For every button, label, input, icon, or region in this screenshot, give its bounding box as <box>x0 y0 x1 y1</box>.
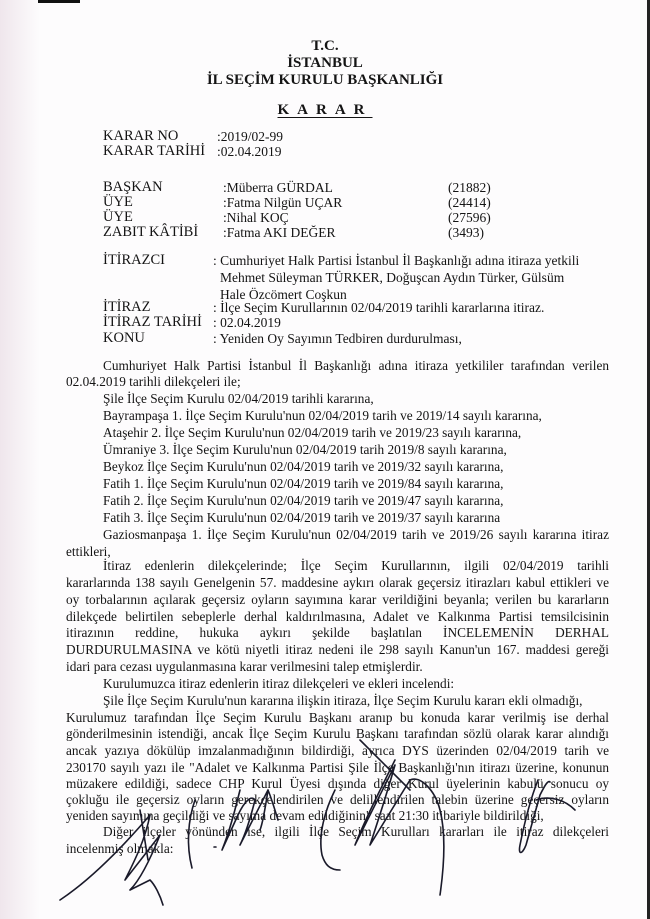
body-line: yeniden sayımına geçildiği ve sayıma dev… <box>66 808 544 823</box>
committee-name: :Nihal KOÇ <box>223 210 289 225</box>
document-title-text: KARAR <box>278 102 373 118</box>
body-line: DURDURULMASINA ve kötü niyetli itiraz ne… <box>66 642 609 657</box>
header-institution: İL SEÇİM KURULU BAŞKANLIĞI <box>0 72 650 89</box>
itiraz-tarihi-label: İTİRAZ TARİHİ <box>103 315 202 330</box>
karar-no-value: :2019/02-99 <box>217 129 283 144</box>
itirazci-value: : Cumhuriyet Halk Partisi İstanbul İl Ba… <box>213 253 579 268</box>
body-line: incelenmiş olmakla: <box>66 841 173 856</box>
body-line: Bayrampaşa 1. İlçe Seçim Kurulu'nun 02/0… <box>103 408 542 423</box>
itirazci-value: Mehmet Süleyman TÜRKER, Doğuşcan Aydın T… <box>220 270 564 285</box>
body-line: Şile İlçe Seçim Kurulu 02/04/2019 tarihl… <box>103 391 374 406</box>
itiraz-value: : İlçe Seçim Kurullarının 02/04/2019 tar… <box>213 300 544 315</box>
committee-role: ÜYE <box>103 210 133 225</box>
body-line: kararlarında 138 sayılı Genelgenin 57. m… <box>66 575 609 590</box>
committee-role: BAŞKAN <box>103 180 163 195</box>
committee-number: (27596) <box>448 210 491 225</box>
body-line: gönderilmesinin istendiği, ancak İlçe Se… <box>66 726 609 741</box>
body-line: Diğer ilçeler yönünden ise, ilgili İlçe … <box>103 824 609 839</box>
body-line: çokluğu ile geçersiz oyların gerekçelend… <box>66 792 609 807</box>
body-line: dilekçede belirtilen sebeplerle derhal k… <box>66 609 609 624</box>
body-line: Gaziosmanpaşa 1. İlçe Seçim Kurulu'nun 0… <box>103 527 609 542</box>
body-line: Beykoz İlçe Seçim Kurulu'nun 02/04/2019 … <box>103 459 503 474</box>
body-line: Ümraniye 3. İlçe Seçim Kurulu'nun 02/04/… <box>103 442 507 457</box>
page-edge-shadow <box>0 0 40 919</box>
body-line: oy torbalarının açılarak geçersiz oyları… <box>66 592 609 607</box>
document-title: KARAR <box>0 102 650 119</box>
body-line: Şile İlçe Seçim Kurulu'nun kararına iliş… <box>103 693 582 708</box>
committee-name: :Fatma Nilgün UÇAR <box>223 195 342 210</box>
body-line: Cumhuriyet Halk Partisi İstanbul İl Başk… <box>103 358 609 373</box>
committee-number: (24414) <box>448 195 491 210</box>
committee-number: (21882) <box>448 180 491 195</box>
body-line: ancak yazıya dökülüp imzalanmadığının bi… <box>66 743 609 758</box>
body-line: Fatih 1. İlçe Seçim Kurulu'nun 02/04/201… <box>103 476 503 491</box>
body-line: idari para cezası uygulanmasına karar ve… <box>66 659 423 674</box>
konu-value: : Yeniden Oy Sayımın Tedbiren durdurulma… <box>213 331 462 346</box>
body-line: 02.04.2019 tarihli dilekçeleri ile; <box>66 374 241 389</box>
karar-no-label: KARAR NO <box>103 129 178 144</box>
body-line: müzakere edildiği, sadece CHP Kurul Üyes… <box>66 776 609 791</box>
committee-number: (3493) <box>448 225 484 240</box>
body-line: 230170 sayılı yazı ile "Adalet ve Kalkın… <box>66 760 609 775</box>
itiraz-label: İTİRAZ <box>103 300 151 315</box>
body-line: Kurulumuzca itiraz edenlerin itiraz dile… <box>103 676 454 691</box>
header-tc: T.C. <box>0 38 650 55</box>
top-mark <box>38 0 80 3</box>
konu-label: KONU <box>103 331 145 346</box>
body-line: Ataşehir 2. İlçe Seçim Kurulu'nun 02/04/… <box>103 425 521 440</box>
header-city: İSTANBUL <box>0 55 650 72</box>
committee-role: ÜYE <box>103 195 133 210</box>
karar-tarihi-value: :02.04.2019 <box>217 144 282 159</box>
committee-role: ZABIT KÂTİBİ <box>103 225 198 240</box>
committee-name: :Müberra GÜRDAL <box>223 180 333 195</box>
body-line: ettikleri, <box>66 544 111 559</box>
committee-name: :Fatma AKI DEĞER <box>223 225 336 240</box>
karar-tarihi-label: KARAR TARİHİ <box>103 144 205 159</box>
itiraz-tarihi-value: : 02.04.2019 <box>213 315 281 330</box>
body-line: Fatih 2. İlçe Seçim Kurulu'nun 02/04/201… <box>103 493 503 508</box>
itirazci-label: İTİRAZCI <box>103 253 165 268</box>
body-line: Fatih 3. İlçe Seçim Kurulu'nun 02/04/201… <box>103 510 500 525</box>
body-line: itirazının reddine, hukuka aykırı şekild… <box>66 625 609 640</box>
body-line: Kurulumuz tarafından İlçe Seçim Kurulu B… <box>66 710 609 725</box>
page-number: 1 <box>318 823 325 839</box>
body-line: İtiraz edenlerin dilekçelerinde; İlçe Se… <box>103 558 609 573</box>
